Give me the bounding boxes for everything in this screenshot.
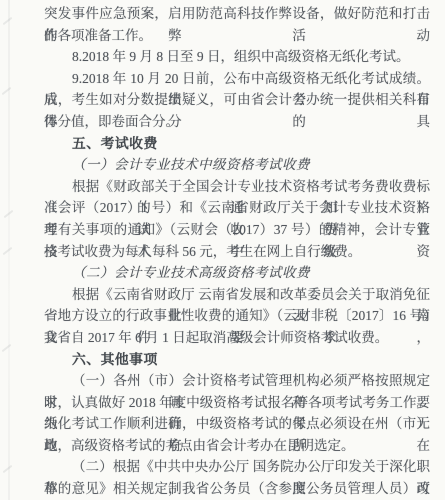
paragraph-line: 突发事件应急预案，启用防范高科技作弊设备，做好防范和打击作弊活动	[44, 3, 430, 25]
paragraph-line: 根据《云南省财政厅 云南省发展和改革委员会关于取消免征一批云南	[44, 284, 430, 306]
paragraph-line: 我省自 2017 年 6 月 1 日起取消高级会计师资格考试收费。	[44, 327, 430, 349]
subsection-heading-high-fee: （二）会计专业技术高级资格考试收费	[44, 262, 430, 284]
paragraph-line: 求，认真做好 2018 年度中级资格考试报名等各项考试考务工作。为确保无	[44, 392, 430, 414]
document-page: 突发事件应急预案，启用防范高科技作弊设备，做好防范和打击作弊活动 的各项准备工作…	[44, 0, 430, 500]
paragraph-line: 后，考生如对分数提出疑义，可由省会计考办统一提供相关科目得分的具	[44, 89, 430, 111]
paragraph-line: （会评（2017）1 号）和《云南省财政厅关于会计专业技术资格考试收费管	[44, 197, 430, 219]
paragraph-line: 革的意见》相关规定，我省公务员（含参照公务员管理人员）可以报名参	[44, 478, 430, 500]
paragraph-line: （一）各州（市）会计资格考试管理机构必须严格按照规定时间和要	[44, 370, 430, 392]
paragraph-line: 9.2018 年 10 月 20 日前，公布中高级资格无纸化考试成绩。成绩公布	[44, 68, 430, 90]
paragraph-line: 理有关事项的通知》（云财会（2017）37 号）的精神，会计专业技术中级资	[44, 219, 430, 241]
paragraph-line: （二）根据《中共中央办公厅 国务院办公厅印发关于深化职称制度改	[44, 456, 430, 478]
section-heading-other: 六、其他事项	[44, 349, 430, 371]
paragraph-line: 8.2018 年 9 月 8 日至 9 日，组织中高级资格无纸化考试。	[44, 46, 430, 68]
paragraph-line: 省地方设立的行政事业性收费的通知》（云财非税〔2017〕16 号）文件要求，	[44, 305, 430, 327]
section-heading-fees: 五、考试收费	[44, 133, 430, 155]
subsection-heading-mid-fee: （一）会计专业技术中级资格考试收费	[44, 154, 430, 176]
paragraph-line: 根据《财政部关于全国会计专业技术资格考试考务费收费标准的通知》	[44, 176, 430, 198]
paragraph-line: 纸化考试工作顺利进行，中级资格考试的考点必须设在州（市）政府所在	[44, 413, 430, 435]
scanned-document: { "page": { "background_color": "#fafaf7…	[0, 0, 445, 500]
